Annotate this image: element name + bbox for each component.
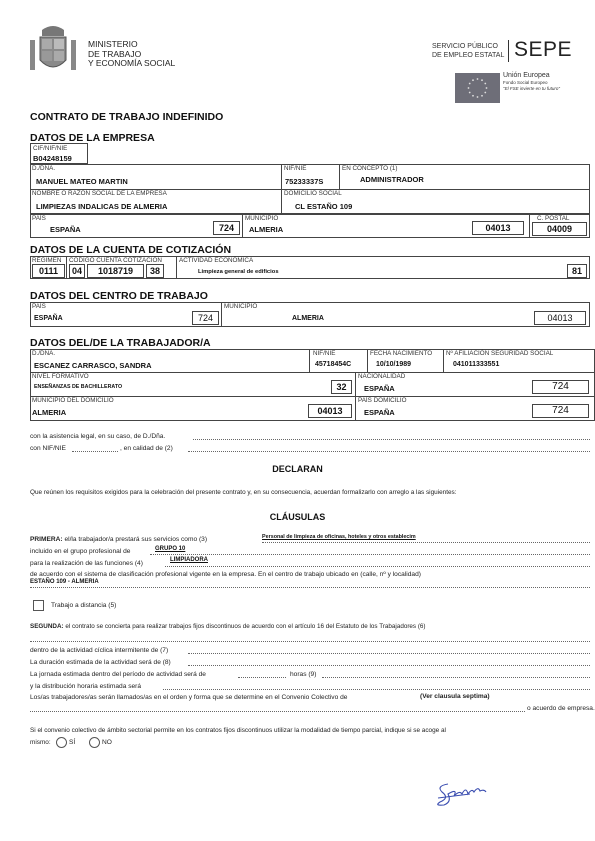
ccc-province[interactable]: 04 xyxy=(69,264,85,278)
coat-of-arms-logo xyxy=(28,22,78,74)
razon-value[interactable]: LIMPIEZAS INDALICAS DE ALMERIA xyxy=(36,202,167,211)
actividad-value[interactable]: Limpieza general de edificios xyxy=(198,269,279,275)
asistencia-nif-fill[interactable] xyxy=(72,451,118,452)
cif-value: B04248159 xyxy=(33,154,72,163)
municipio-code[interactable]: 04013 xyxy=(472,221,524,235)
acuerdo-empresa-text: o acuerdo de empresa. xyxy=(527,705,595,712)
primera-label: PRIMERA: xyxy=(30,536,63,543)
fecha-value[interactable]: 10/10/1989 xyxy=(376,361,411,368)
jornada-text: La jornada estimada dentro del período d… xyxy=(30,671,206,678)
trab-municipio-label: MUNICIPIO DEL DOMICILIO xyxy=(32,397,114,404)
concepto-label: EN CONCEPTO (1) xyxy=(342,165,398,172)
section-title-centro: DATOS DEL CENTRO DE TRABAJO xyxy=(30,290,208,302)
no-label: NO xyxy=(102,739,112,746)
eu-flag-icon xyxy=(455,73,500,103)
pais-dom-label: PAÍS DOMICILIO xyxy=(358,397,407,404)
nivel-code[interactable]: 32 xyxy=(331,380,352,394)
declaran-title: DECLARAN xyxy=(0,464,595,474)
sepe-line: SERVICIO PÚBLICO xyxy=(432,42,504,51)
ubicacion-fill xyxy=(30,587,590,588)
divider xyxy=(30,396,595,397)
pais-label: PAÍS xyxy=(32,215,46,222)
centro-municipio-label: MUNICIPIO xyxy=(224,303,257,310)
acuerdo-text: de acuerdo con el sistema de clasificaci… xyxy=(30,571,421,578)
sepe-line: DE EMPLEO ESTATAL xyxy=(432,51,504,60)
trab-municipio-code[interactable]: 04013 xyxy=(308,404,352,418)
primera-text: el/la trabajador/a prestará sus servicio… xyxy=(64,536,207,543)
ccc-control[interactable]: 38 xyxy=(146,264,164,278)
fecha-label: FECHA NACIMIENTO xyxy=(370,350,432,357)
llamados-text: Los/as trabajadores/as serán llamados/as… xyxy=(30,694,347,701)
grupo-value[interactable]: GRUPO 10 xyxy=(155,546,185,552)
sepe-logo: SEPE xyxy=(514,38,572,62)
segunda-label: SEGUNDA: xyxy=(30,623,64,630)
ministry-name: MINISTERIO DE TRABAJO Y ECONOMÍA SOCIAL xyxy=(88,40,175,69)
divider xyxy=(355,372,356,421)
asistencia-text: con la asistencia legal, en su caso, de … xyxy=(30,433,165,440)
segunda-fill[interactable] xyxy=(30,641,590,642)
funciones-value[interactable]: LIMPIADORA xyxy=(170,557,208,563)
divider xyxy=(66,256,67,279)
pais-dom-value[interactable]: ESPAÑA xyxy=(364,408,395,417)
funciones-text: para la realización de las funciones (4) xyxy=(30,560,143,567)
section-title-cotizacion: DATOS DE LA CUENTA DE COTIZACIÓN xyxy=(30,244,231,256)
primera-value[interactable]: Personal de limpieza de oficinas, hotele… xyxy=(262,534,416,540)
sepe-service-name: SERVICIO PÚBLICO DE EMPLEO ESTATAL xyxy=(432,42,504,60)
ccc-number[interactable]: 1018719 xyxy=(87,264,144,278)
pais-dom-code[interactable]: 724 xyxy=(532,404,589,418)
segunda-text: el contrato se concierta para realizar t… xyxy=(65,623,425,630)
asistencia-nif-text: con NIF/NIE xyxy=(30,445,66,452)
divider xyxy=(367,349,368,372)
afiliacion-label: Nº AFILIACIÓN SEGURIDAD SOCIAL xyxy=(446,350,553,357)
convenio-value[interactable]: (Ver clausula septima) xyxy=(420,693,490,700)
ciclica-fill[interactable] xyxy=(188,653,590,654)
nif-value[interactable]: 75233337S xyxy=(285,177,323,186)
trab-dona-label: D./DÑA. xyxy=(32,350,55,357)
duracion-text: La duración estimada de la actividad ser… xyxy=(30,659,171,666)
actividad-code[interactable]: 81 xyxy=(567,264,587,278)
horas-text: horas (9) xyxy=(290,671,316,678)
centro-municipio-value[interactable]: ALMERIA xyxy=(292,315,324,322)
nivel-value[interactable]: ENSEÑANZAS DE BACHILLERATO xyxy=(34,384,122,390)
municipio-label: MUNICIPIO xyxy=(245,215,278,222)
divider xyxy=(443,349,444,372)
si-label: SÍ xyxy=(69,739,75,746)
asistencia-fill[interactable] xyxy=(193,439,590,440)
centro-pais-code[interactable]: 724 xyxy=(192,311,219,325)
divider xyxy=(242,214,243,238)
trabajo-distancia-checkbox[interactable] xyxy=(33,600,44,611)
declaran-text: Que reúnen los requisitos exigidos para … xyxy=(30,489,457,496)
no-radio[interactable] xyxy=(89,737,100,748)
dona-value[interactable]: MANUEL MATEO MARTIN xyxy=(36,177,128,186)
divider xyxy=(339,164,340,189)
divider xyxy=(508,40,509,62)
nacionalidad-label: NACIONALIDAD xyxy=(358,373,405,380)
divider xyxy=(176,256,177,279)
divider xyxy=(221,302,222,327)
centro-pais-label: PAÍS xyxy=(32,303,46,310)
eu-motto: "El FSE invierte en tu futuro" xyxy=(503,86,560,92)
section-title-trabajador: DATOS DEL/DE LA TRABAJADOR/A xyxy=(30,337,211,349)
domicilio-label: DOMICILIO SOCIAL xyxy=(284,190,342,197)
distribucion-text: y la distribución horaria estimada será xyxy=(30,683,141,690)
grupo-fill xyxy=(150,554,590,555)
trab-nif-label: NIF/NIE xyxy=(313,350,335,357)
actividad-label: ACTIVIDAD ECONÓMICA xyxy=(179,257,253,264)
cpostal-code[interactable]: 04009 xyxy=(532,222,587,236)
clausulas-title: CLÁUSULAS xyxy=(0,512,595,522)
document-title: CONTRATO DE TRABAJO INDEFINIDO xyxy=(30,111,223,123)
si-radio[interactable] xyxy=(56,737,67,748)
ministry-line: Y ECONOMÍA SOCIAL xyxy=(88,59,175,69)
nacionalidad-value[interactable]: ESPAÑA xyxy=(364,384,395,393)
nivel-label: NIVEL FORMATIVO xyxy=(32,373,89,380)
parcial-text: Si el convenio colectivo de ámbito secto… xyxy=(30,727,446,734)
regimen-value[interactable]: 0111 xyxy=(32,264,65,278)
trab-dona-value[interactable]: ESCANEZ CARRASCO, SANDRA xyxy=(34,361,152,370)
divider xyxy=(529,214,530,238)
horas-fill[interactable] xyxy=(322,677,590,678)
signature xyxy=(430,780,490,810)
domicilio-value[interactable]: CL ESTAÑO 109 xyxy=(295,202,352,211)
grupo-text: incluido en el grupo profesional de xyxy=(30,548,130,555)
divider xyxy=(30,372,595,373)
funciones-fill xyxy=(165,566,590,567)
regimen-label: RÉGIMEN xyxy=(32,257,61,264)
municipio-value[interactable]: ALMERIA xyxy=(249,225,283,234)
pais-code[interactable]: 724 xyxy=(213,221,240,235)
ccc-label: CÓDIGO CUENTA COTIZACIÓN xyxy=(69,257,162,264)
ciclica-text: dentro de la actividad cíclica intermite… xyxy=(30,647,168,654)
centro-municipio-code[interactable]: 04013 xyxy=(534,311,586,325)
trab-nif-value[interactable]: 45718454C xyxy=(315,361,351,368)
concepto-value[interactable]: ADMINISTRADOR xyxy=(360,175,424,184)
cpostal-label: C. POSTAL xyxy=(537,215,569,222)
dona-label: D./DÑA. xyxy=(32,165,55,172)
trabajo-distancia-label: Trabajo a distancia (5) xyxy=(51,602,116,609)
divider xyxy=(281,189,282,214)
cif-field[interactable]: CIF/NIF/NIE B04248159 xyxy=(30,143,88,164)
afiliacion-value[interactable]: 041011333551 xyxy=(453,361,499,368)
centro-pais-value[interactable]: ESPAÑA xyxy=(34,315,63,322)
primera-fill xyxy=(262,542,590,543)
asistencia-calidad-text: , en calidad de (2) xyxy=(120,445,173,452)
asistencia-calidad-fill[interactable] xyxy=(188,451,590,452)
ubicacion-value[interactable]: ESTAÑO 109 - ALMERIA xyxy=(30,579,99,585)
pais-value[interactable]: ESPAÑA xyxy=(50,225,81,234)
eu-title: Unión Europea xyxy=(503,72,560,80)
cif-label: CIF/NIF/NIE xyxy=(33,145,67,152)
nif-label: NIF/NIE xyxy=(284,165,306,172)
razon-label: NOMBRE O RAZÓN SOCIAL DE LA EMPRESA xyxy=(32,190,167,197)
distribucion-fill[interactable] xyxy=(163,689,590,690)
divider xyxy=(309,349,310,372)
nacionalidad-code[interactable]: 724 xyxy=(532,380,589,394)
parcial-mismo-text: mismo: xyxy=(30,739,51,746)
jornada-hours-fill[interactable] xyxy=(238,677,286,678)
divider xyxy=(281,164,282,189)
duracion-fill[interactable] xyxy=(188,665,590,666)
convenio-fill[interactable] xyxy=(30,711,525,712)
eu-text: Unión Europea Fondo Social Europeo "El F… xyxy=(503,72,560,92)
trab-municipio-value[interactable]: ALMERIA xyxy=(32,408,66,417)
